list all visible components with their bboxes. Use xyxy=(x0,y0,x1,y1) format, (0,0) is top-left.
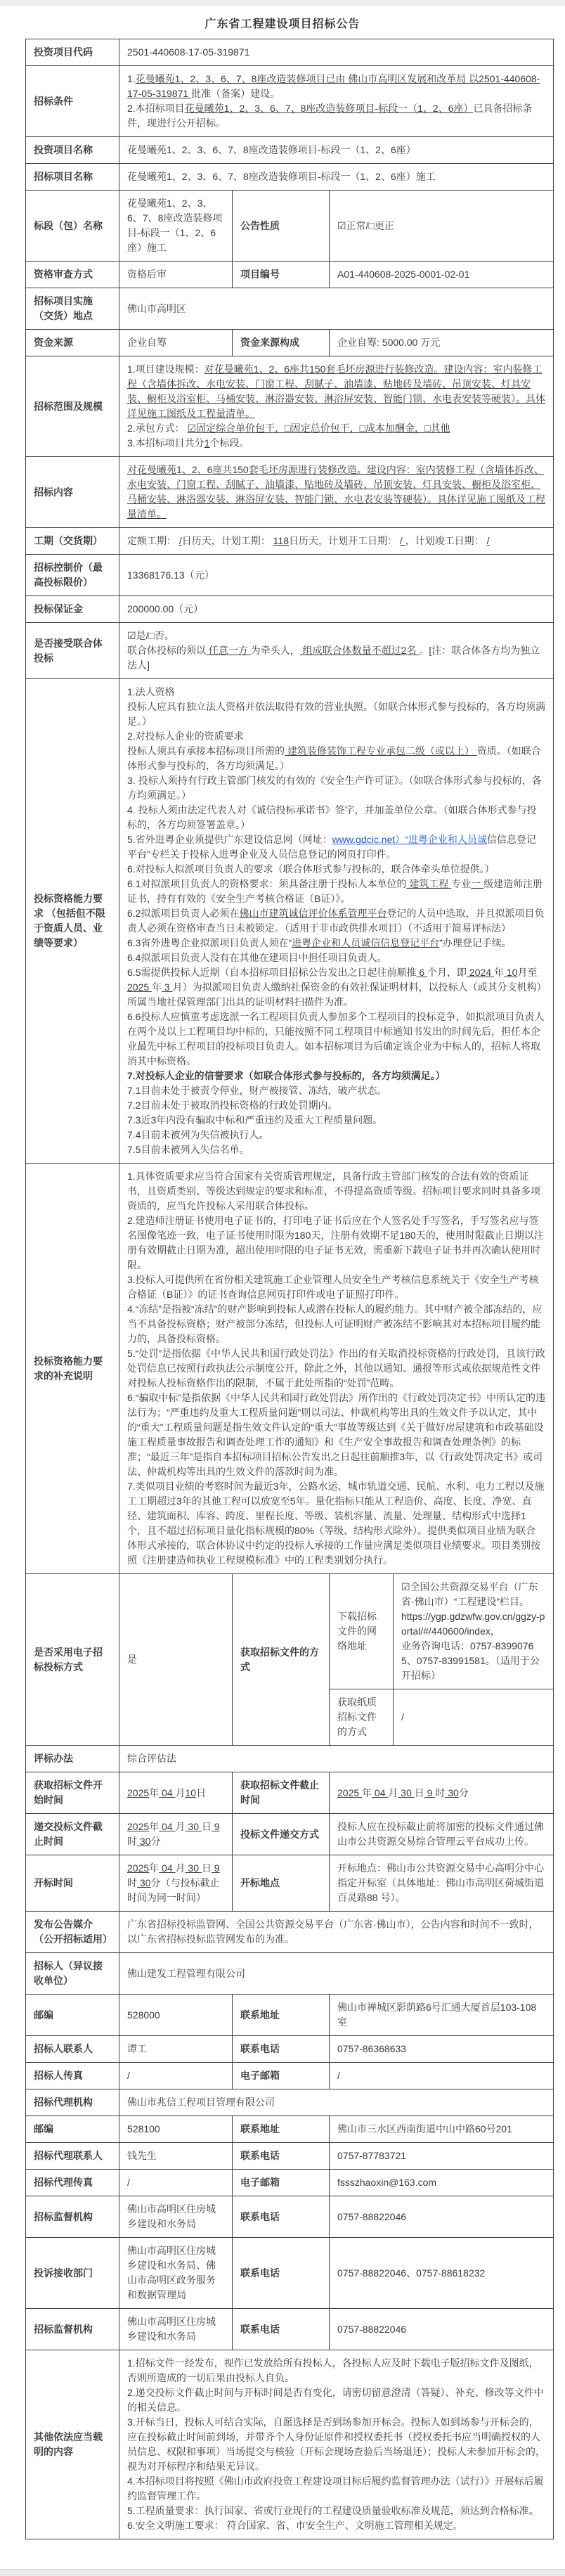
tender-agency-value: 佛山市兆信工程项目管理有限公司 xyxy=(119,2089,554,2116)
agency-postcode-value: 528100 xyxy=(119,2116,233,2143)
text-segment: 2.本招标项目 xyxy=(127,103,185,114)
complaint-department-value: 佛山市高明区住房城乡建设和水务局、佛山市高明区政务服务和数据管理局 xyxy=(119,2238,233,2309)
bidder-qualification-requirements-label: 投标资格能力要求 （包括但不限于资质人员、业绩等要求） xyxy=(26,679,119,1164)
table-row: 其他依法应当载明的内容 1.招标文件一经发布，视作已发放给所有投标人，各投标人应… xyxy=(26,2350,554,2539)
bid-security-value: 200000.00（元） xyxy=(119,596,554,623)
text-segment: 7.对投标人企业的信誉要求（如联合体形式参与投标的，各方均须满足。） xyxy=(127,1070,446,1081)
top-edge-strip xyxy=(0,0,565,6)
text-segment: 5.省外进粤企业须提供广东建设信息网（网址： xyxy=(127,834,332,845)
text-segment: 9 xyxy=(212,1862,220,1874)
tenderer-email-label: 电子邮箱 xyxy=(233,2063,330,2089)
tenderer-postcode-value: 528000 xyxy=(119,1995,233,2036)
joint-venture-accepted-label: 是否接受联合体投标 xyxy=(26,623,119,679)
tenderer-fax-label: 招标人传真 xyxy=(26,2063,119,2089)
paper-document-method-value: / xyxy=(394,1689,554,1746)
text-segment: 3 xyxy=(162,981,173,993)
text-segment: 专业 xyxy=(451,878,471,889)
text-segment: 组成联合体数量不超过2名 xyxy=(300,645,420,656)
announcement-media-value: 广东省招标投标监管网、全国公共资源交易平台（广东省·佛山市），公告内容和时间不一… xyxy=(119,1912,554,1953)
bid-security-label: 投标保证金 xyxy=(26,596,119,623)
text-segment: 2024 xyxy=(467,967,494,978)
text-segment: 1.招标文件一经发布，视作已发放给所有投标人，各投标人应及时下载电子版招标文件及… xyxy=(127,2357,539,2383)
text-segment: ，计划竣工日期： xyxy=(405,535,487,546)
table-row: 招标条件 1.花曼曦苑1、2、3、6、7、8座改造装修项目已由 佛山市高明区发展… xyxy=(26,66,554,137)
qualification-review-method-value: 资格后审 xyxy=(119,262,233,288)
text-segment: ☑是/□否。 xyxy=(127,630,174,641)
table-row: 标段（包）名称 花曼曦苑1、2、3、6、7、8座改造装修项目-标段一（1、2、6… xyxy=(26,191,554,262)
table-row: 投诉接收部门 佛山市高明区住房城乡建设和水务局、佛山市高明区政务服务和数据管理局… xyxy=(26,2238,554,2309)
funding-source-value: 企业自筹 xyxy=(119,330,233,356)
table-row: 获取招标文件开始时间 2025年 04 月10日 获取招标文件截止时间 2025… xyxy=(26,1772,554,1814)
text-segment: 6.2拟派项目负责人必须在 xyxy=(127,908,239,919)
text-segment: 定额工期： xyxy=(127,535,179,546)
other-required-content-value: 1.招标文件一经发布，视作已发放给所有投标人，各投标人应及时下载电子版招标文件及… xyxy=(119,2350,554,2539)
text-segment: 日 xyxy=(196,1787,206,1798)
text-segment: 6.对投标人拟派项目负责人的要求（联合体形式参与投标的，联合体牵头单位提供。） xyxy=(127,863,495,875)
table-row: 是否接受联合体投标 ☑是/□否。联合体投标的须以 任意一方 为牵头人， 组成联合… xyxy=(26,623,554,679)
text-segment: 投标人应具有独立法人资格并依法取得有效的营业执照。（如联合体形式参与投标的，各方… xyxy=(127,701,545,727)
text-segment: 6.“骗取中标”是指依据《中华人民共和国行政处罚法》所作出的《行政处罚决定书》中… xyxy=(127,1392,545,1477)
text-segment: 04 xyxy=(159,1821,175,1832)
agency-email-value: fssszhaoxin@163.com xyxy=(330,2170,554,2196)
text-segment: 04 xyxy=(372,1787,388,1798)
tenderer-phone-label: 联系电话 xyxy=(233,2036,330,2063)
text-segment: 个标段。 xyxy=(209,437,249,449)
text-segment: 建筑装修装饰工程专业承包二级（或以上） xyxy=(285,745,477,756)
text-segment: ”办理登记手续。 xyxy=(439,937,512,948)
doc-obtain-deadline-label: 获取招标文件截止时间 xyxy=(233,1772,330,1814)
text-segment: 1. xyxy=(127,73,136,84)
funding-composition-label: 资金来源构成 xyxy=(233,330,330,356)
text-segment: 花曼曦苑1、2、3、6、7、8座改造装修项目-标段一（1、2、6座） xyxy=(185,103,474,114)
implementation-location-value: 佛山市高明区 xyxy=(119,288,554,330)
text-segment: 3. 投标人须持有行政主管部门核发的有效的《安全生产许可证》。（如联合体形式参与… xyxy=(127,775,542,801)
tender-project-name-label: 招标项目名称 xyxy=(26,164,119,191)
text-segment: ☑全国公共资源交易平台（广东省·佛山市）“工程建设”栏目。 xyxy=(401,1581,538,1607)
qualification-supplementary-notes-value: 1.具体资质要求应当符合国家有关资质管理规定，具备行政主管部门核发的合法有效的资… xyxy=(119,1164,554,1574)
text-segment: 10 xyxy=(186,1787,197,1798)
bottom-whitespace xyxy=(0,2539,565,2569)
bid-opening-time-label: 开标时间 xyxy=(26,1855,119,1912)
agency-phone-label: 联系电话 xyxy=(233,2143,330,2170)
tenderer-postcode-label: 邮编 xyxy=(26,1995,119,2036)
table-row: 招标人（异议接收单位） 佛山建发工程管理有限公司 xyxy=(26,1953,554,1995)
tenderer-email-value: / xyxy=(330,2063,554,2089)
text-segment: 3.投标人可提供所在省份相关建筑施工企业管理人员安全生产考核信息系统关于《安全生… xyxy=(127,1274,539,1300)
tenderer-label: 招标人（异议接收单位） xyxy=(26,1953,119,1995)
tender-content-label: 招标内容 xyxy=(26,457,119,528)
text-segment: 6.3省外进粤企业拟派项目负责人须在“ xyxy=(127,937,292,948)
section-package-name-label: 标段（包）名称 xyxy=(26,191,119,262)
table-row: 招标监督机构 佛山市高明区住房城乡建设和水务局 联系电话 0757-888220… xyxy=(26,2309,554,2350)
table-row: 招标监督机构 佛山市高明区住房城乡建设和水务局 联系电话 0757-888220… xyxy=(26,2196,554,2238)
text-segment: 7.2目前未处于被取消投标资格的行政处罚期内。 xyxy=(127,1100,337,1111)
agency-phone-value: 0757-87783721 xyxy=(330,2143,554,2170)
supervision-phone-value: 0757-88822046 xyxy=(330,2196,554,2238)
text-segment: 月 xyxy=(388,1787,398,1798)
text-segment: 04 xyxy=(159,1787,175,1798)
tender-announcement-table: 投资项目代码 2501-440608-17-05-319871 招标条件 1.花… xyxy=(25,39,554,2539)
text-segment: 30 xyxy=(445,1787,458,1798)
text-segment: 30 xyxy=(137,1877,150,1888)
text-segment: 月至 xyxy=(517,967,537,978)
bidder-qualification-requirements-value: 1.法人资格投标人应具有独立法人资格并依法取得有效的营业执照。（如联合体形式参与… xyxy=(119,679,554,1164)
table-row: 招标代理机构 佛山市兆信工程项目管理有限公司 xyxy=(26,2089,554,2116)
table-row: 招标人传真 / 电子邮箱 / xyxy=(26,2063,554,2089)
text-segment: 2.递交投标文件截止时间与开标时间是否有变化，请密切留意澄清（答疑）、补充、修改… xyxy=(127,2387,544,2413)
joint-venture-accepted-value: ☑是/□否。联合体投标的须以 任意一方 为牵头人， 组成联合体数量不超过2名 。… xyxy=(119,623,554,679)
table-row: 招标项目名称 花曼曦苑1、2、3、6、7、8座改造装修项目-标段一（1、2、6座… xyxy=(26,164,554,191)
agency-fax-label: 招标代理传真 xyxy=(26,2170,119,2196)
supervision-phone-label: 联系电话 xyxy=(233,2196,330,2238)
text-segment: 时 xyxy=(127,1836,137,1847)
text-segment: 建筑工程 xyxy=(406,878,451,889)
text-segment: 7.类似项目业绩的考察时间为最近3年，公路水运、城市轨道交通、民航、水利、电力工… xyxy=(127,1481,544,1566)
text-segment: 2025 xyxy=(127,981,152,993)
electronic-bidding-label: 是否采用电子招标投标方式 xyxy=(26,1574,119,1746)
table-row: 投资项目代码 2501-440608-17-05-319871 xyxy=(26,39,554,66)
text-segment: 7.1目前未处于被责令停业，财产被接管、冻结，破产状态。 xyxy=(127,1085,387,1096)
supervision-authority-2-label: 招标监督机构 xyxy=(26,2309,119,2350)
text-segment: 3.开标当日，投标人可结合实际，自愿选择是否到场参加开标会。投标人如到场参与开标… xyxy=(127,2416,545,2472)
text-segment: 6 xyxy=(416,967,427,978)
text-segment: / xyxy=(487,535,490,546)
tenderer-value: 佛山建发工程管理有限公司 xyxy=(119,1953,554,1995)
text-segment: 30 xyxy=(398,1787,414,1798)
text-segment: 分 xyxy=(150,1836,160,1847)
electronic-bidding-value: 是 xyxy=(119,1574,233,1746)
text-segment: 佛山市建筑诚信评价体系管理平台 xyxy=(239,908,387,919)
text-segment: 为牵头人， xyxy=(251,645,300,656)
table-row: 发布公告媒介（公开招标适用） 广东省招标投标监管网、全国公共资源交易平台（广东省… xyxy=(26,1912,554,1953)
text-segment: 日 xyxy=(415,1787,424,1798)
text-segment: 7.5目前未被列入失信名单。 xyxy=(127,1144,249,1155)
tenderer-fax-value: / xyxy=(119,2063,233,2089)
text-segment: 6.6投标人应慎重考虑选派一名工程项目负责人参加多个工程项目的投标竞争，如拟派项… xyxy=(127,1011,544,1067)
agency-contact-label: 招标代理联系人 xyxy=(26,2143,119,2170)
text-segment: 2025 xyxy=(127,1821,149,1832)
text-segment: 6.4拟派项目负责人没有在其他在建项目中担任项目负责人。 xyxy=(127,952,387,963)
doc-obtain-deadline-value: 2025 年 04 月 30 日 9 时 30分 xyxy=(330,1772,554,1814)
table-row: 开标时间 2025年 04 月 30 日 9 时 30分（与投标截止时间为同一时… xyxy=(26,1855,554,1912)
text-segment: 4. 投标人须由法定代表人对《诚信投标承诺书》签字，并加盖单位公章。（如联合体形… xyxy=(127,804,537,830)
text-segment: 2.对投标人企业的资质要求 xyxy=(127,730,244,742)
text-segment: 7.3近3年内没有骗取中标和严重违约及重大工程质量问题。 xyxy=(127,1114,382,1126)
text-segment: 年 xyxy=(149,1787,159,1798)
text-segment: 1.项目建设规模： xyxy=(127,363,204,375)
section-package-name-value: 花曼曦苑1、2、3、6、7、8座改造装修项目-标段一（1、2、6座）施工 xyxy=(119,191,233,262)
agency-address-label: 联系地址 xyxy=(233,2116,330,2143)
agency-address-value: 佛山市三水区西南街道中山中路60号201 xyxy=(330,2116,554,2143)
text-segment: 个月，即 xyxy=(427,967,467,978)
text-segment: 10 xyxy=(504,967,517,978)
bid-submission-method-value: 投标人应在投标截止前将加密的投标文件通过佛山市公共资源交易综合管理云平台成功上传… xyxy=(330,1814,554,1855)
table-row: 工期（交货期） 定额工期： /日历天，计划工期： 118日历天，计划开工日期： … xyxy=(26,528,554,555)
text-segment: 1.法人资格 xyxy=(127,686,175,697)
tender-scope-scale-label: 招标范围及规模 xyxy=(26,356,119,457)
table-row: 招标内容 对花曼曦苑1、2、6座共150套毛坯房源进行装修改造。建设内容：室内装… xyxy=(26,457,554,528)
supervision-phone-2-value: 0757-88822046 xyxy=(330,2309,554,2350)
announcement-nature-label: 公告性质 xyxy=(233,191,330,262)
investment-project-code-label: 投资项目代码 xyxy=(26,39,119,66)
tender-conditions-value: 1.花曼曦苑1、2、3、6、7、8座改造装修项目已由 佛山市高明区发展和改革局 … xyxy=(119,66,554,137)
text-segment: 年 xyxy=(494,967,504,978)
agency-postcode-label: 邮编 xyxy=(26,2116,119,2143)
text-segment: 04 xyxy=(159,1862,175,1874)
text-segment: 任意一方 xyxy=(206,645,251,656)
agency-contact-value: 钱先生 xyxy=(119,2143,233,2170)
bid-submission-deadline-value: 2025年 04 月 30 日 9 时 30分 xyxy=(119,1814,233,1855)
doc-obtain-start-time-label: 获取招标文件开始时间 xyxy=(26,1772,119,1814)
tender-scope-scale-value: 1.项目建设规模：对花曼曦苑1、2、6座共150套毛坯房源进行装修改造。建设内容… xyxy=(119,356,554,457)
text-segment: 年 xyxy=(152,981,162,993)
supervision-authority-2-value: 佛山市高明区住房城乡建设和水务局 xyxy=(119,2309,233,2350)
text-segment: 7.4目前未被列为失信被执行人。 xyxy=(127,1129,268,1140)
table-row: 招标项目实施（交货）地点 佛山市高明区 xyxy=(26,288,554,330)
evaluation-method-value: 综合评估法 xyxy=(119,1746,554,1772)
funding-composition-value: 企业自筹: 5000.00 万元 xyxy=(330,330,554,356)
text-segment: 4.本招标项目将按照《佛山市政府投资工程建设项目标后履约监督管理办法（试行）》开… xyxy=(127,2475,544,2501)
text-segment: 日历天，计划开工日期： xyxy=(289,535,400,546)
table-row: 招标范围及规模 1.项目建设规模：对花曼曦苑1、2、6座共150套毛坯房源进行装… xyxy=(26,356,554,457)
tenderer-address-label: 联系地址 xyxy=(233,1995,330,2036)
bid-submission-method-label: 投标文件递交方式 xyxy=(233,1814,330,1855)
investment-project-code-value: 2501-440608-17-05-319871 xyxy=(119,39,554,66)
download-url-value: ☑全国公共资源交易平台（广东省·佛山市）“工程建设”栏目。https://ygp… xyxy=(394,1574,554,1689)
text-segment: ☑固定综合单价包干，□固定总价包干，□成本加酬金，□其他 xyxy=(188,423,450,434)
doc-obtain-start-time-value: 2025年 04 月10日 xyxy=(119,1772,233,1814)
bid-opening-location-value: 开标地点：佛山市公共资源交易中心高明分中心指定开标室（具体地址：佛山市高明区荷城… xyxy=(330,1855,554,1912)
text-segment: 1.具体资质要求应当符合国家有关资质管理规定，具备行政主管部门核发的合法有效的资… xyxy=(127,1171,540,1211)
text-segment: 2.承包方式： xyxy=(127,423,188,434)
tender-content-value: 对花曼曦苑1、2、6座共150套毛坯房源进行装修改造。建设内容：室内装修工程（含… xyxy=(119,457,554,528)
text-segment: 批准（备案）建设。 xyxy=(191,88,280,99)
text-segment: 联合体投标的须以 xyxy=(127,645,206,656)
construction-period-value: 定额工期： /日历天，计划工期： 118日历天，计划开工日期： / ，计划竣工日… xyxy=(119,528,554,555)
text-segment: 分 xyxy=(459,1787,469,1798)
text-segment: 6.5需提供投标人近期（自本招标项目招标公告发出之日起往前顺推 xyxy=(127,967,416,978)
funding-source-label: 资金来源 xyxy=(26,330,119,356)
complaint-department-label: 投诉接收部门 xyxy=(26,2238,119,2309)
text-segment: 业务咨询电话：0757-83990765、0757-83991581。（适用于公… xyxy=(401,1640,540,1681)
text-segment: 4.“冻结”是指被“冻结”的财产影响到投标人或潜在投标人的履约能力。其中财产被全… xyxy=(127,1303,542,1344)
text-segment: 年 xyxy=(362,1787,372,1798)
text-segment: 月 xyxy=(176,1787,186,1798)
table-row: 邮编 528100 联系地址 佛山市三水区西南街道中山中路60号201 xyxy=(26,2116,554,2143)
text-segment: 日 xyxy=(202,1821,212,1832)
table-row: 递交投标文件截止时间 2025年 04 月 30 日 9 时 30分 投标文件递… xyxy=(26,1814,554,1855)
tender-project-name-value: 花曼曦苑1、2、3、6、7、8座改造装修项目-标段一（1、2、6座）施工 xyxy=(119,164,554,191)
qualification-review-method-label: 资格审查方式 xyxy=(26,262,119,288)
bid-opening-time-value: 2025年 04 月 30 日 9 时 30分（与投标截止时间为同一时间） xyxy=(119,1855,233,1912)
document-acquisition-method-label: 获取招标文件的方式 xyxy=(233,1574,330,1746)
table-row: 投标资格能力要求的补充说明 1.具体资质要求应当符合国家有关资质管理规定，具备行… xyxy=(26,1164,554,1574)
text-segment: 2025 xyxy=(127,1787,149,1798)
text-segment: 5.“处罚”是指依据《中华人民共和国行政处罚法》作出的有关取消投标资格的行政处罚… xyxy=(127,1348,545,1389)
announcement-media-label: 发布公告媒介（公开招标适用） xyxy=(26,1912,119,1953)
text-segment: 进粤企业和人员诚信信息登记平台 xyxy=(292,937,439,948)
table-row: 招标人联系人 谭工 联系电话 0757-86368633 xyxy=(26,2036,554,2063)
gdcic-net-link[interactable]: www.gdcic.net）“进粤企业和人员诚 xyxy=(332,834,487,845)
bottom-edge-strip xyxy=(0,2569,565,2576)
other-required-content-label: 其他依法应当载明的内容 xyxy=(26,2350,119,2539)
text-segment: 9 xyxy=(424,1787,436,1798)
text-segment: 时 xyxy=(127,1877,137,1888)
text-segment: 30 xyxy=(137,1836,150,1847)
text-segment: 118 xyxy=(273,535,289,546)
text-segment: 9 xyxy=(212,1821,220,1832)
text-segment: 5.工程质量要求：执行国家、省或行业现行的工程建设质量验收标准及规范，须达到合格… xyxy=(127,2505,539,2516)
investment-project-name-label: 投资项目名称 xyxy=(26,137,119,164)
tender-control-price-label: 招标控制价（最高投标限价） xyxy=(26,555,119,596)
text-segment: 2025 xyxy=(127,1862,149,1874)
table-row: 投标资格能力要求 （包括但不限于资质人员、业绩等要求） 1.法人资格投标人应具有… xyxy=(26,679,554,1164)
tender-agency-label: 招标代理机构 xyxy=(26,2089,119,2116)
agency-email-label: 电子邮箱 xyxy=(233,2170,330,2196)
text-segment: https://ygp.gdzwfw.gov.cn/ggzy-portal/#/… xyxy=(401,1611,545,1637)
supervision-authority-label: 招标监督机构 xyxy=(26,2196,119,2238)
table-row: 资金来源 企业自筹 资金来源构成 企业自筹: 5000.00 万元 xyxy=(26,330,554,356)
text-segment: / xyxy=(400,535,405,546)
text-segment: 月 xyxy=(176,1821,186,1832)
table-row: 投资项目名称 花曼曦苑1、2、3、6、7、8座改造装修项目-标段一（1、2、6座… xyxy=(26,137,554,164)
evaluation-method-label: 评标办法 xyxy=(26,1746,119,1772)
table-row: 资格审查方式 资格后审 项目编号 A01-440608-2025-0001-02… xyxy=(26,262,554,288)
table-row: 投标保证金 200000.00（元） xyxy=(26,596,554,623)
text-segment: 时 xyxy=(435,1787,445,1798)
tenderer-phone-value: 0757-86368633 xyxy=(330,2036,554,2063)
table-row: 评标办法 综合评估法 xyxy=(26,1746,554,1772)
text-segment: 6.1对拟派项目负责人的资格要求：须具备注册于投标人本单位的 xyxy=(127,878,406,889)
table-row: 招标控制价（最高投标限价） 13368176.13（元） xyxy=(26,555,554,596)
table-row: 招标代理传真 / 电子邮箱 fssszhaoxin@163.com xyxy=(26,2170,554,2196)
text-segment: 日 xyxy=(202,1862,212,1874)
text-segment: 2025 xyxy=(337,1787,362,1798)
bid-submission-deadline-label: 递交投标文件截止时间 xyxy=(26,1814,119,1855)
tenderer-contact-value: 谭工 xyxy=(119,2036,233,2063)
text-segment: 2.建造师注册证书使用电子证书的，打印电子证书后应在个人签名处手写签名，手写签名… xyxy=(127,1215,544,1270)
text-segment: 30 xyxy=(186,1821,202,1832)
text-segment: 月 xyxy=(176,1862,186,1874)
page-title: 广东省工程建设项目招标公告 xyxy=(0,15,565,31)
qualification-supplementary-notes-label: 投标资格能力要求的补充说明 xyxy=(26,1164,119,1574)
text-segment: 年 xyxy=(149,1862,159,1874)
project-number-value: A01-440608-2025-0001-02-01 xyxy=(330,262,554,288)
bid-opening-location-label: 开标地点 xyxy=(233,1855,330,1912)
implementation-location-label: 招标项目实施（交货）地点 xyxy=(26,288,119,330)
text-segment: 对花曼曦苑1、2、6座共150套毛坯房源进行装修改造。建设内容：室内装修工程（含… xyxy=(127,464,545,520)
complaint-phone-value: 0757-88822046、0757-88618232 xyxy=(330,2238,554,2309)
text-segment: 6.安全文明施工要求： 符合国家、省、市安全生产、文明施工管理相关规定。 xyxy=(127,2520,463,2531)
tenderer-contact-label: 招标人联系人 xyxy=(26,2036,119,2063)
agency-fax-value: / xyxy=(119,2170,233,2196)
text-segment: 日历天，计划工期： xyxy=(182,535,273,546)
construction-period-label: 工期（交货期） xyxy=(26,528,119,555)
text-segment: 3.本招标项目共分 xyxy=(127,437,204,449)
tender-conditions-label: 招标条件 xyxy=(26,66,119,137)
tenderer-address-value: 佛山市禅城区影荫路6号汇通大厦首层103-108室 xyxy=(330,1995,554,2036)
text-segment: 花曼曦苑1、2、3、6、7、8座改造装修项目已由 佛山市高明区发展和改革局 以2… xyxy=(127,73,540,99)
table-row: 邮编 528000 联系地址 佛山市禅城区影荫路6号汇通大厦首层103-108室 xyxy=(26,1995,554,2036)
table-row: 招标代理联系人 钱先生 联系电话 0757-87783721 xyxy=(26,2143,554,2170)
project-number-label: 项目编号 xyxy=(233,262,330,288)
tender-control-price-value: 13368176.13（元） xyxy=(119,555,554,596)
text-segment: 月）为拟派项目负责人缴纳社保资金的有效社保证明材料，以投标人（或其分支机构）所属… xyxy=(127,981,542,1007)
text-segment: 投标人须具有承接本招标项目所需的 xyxy=(127,745,285,756)
complaint-phone-label: 联系电话 xyxy=(233,2238,330,2309)
paper-document-method-label: 获取纸质招标文件的方式 xyxy=(330,1689,394,1746)
table-row: 是否采用电子招标投标方式 是 获取招标文件的方式 下载招标文件的网络地址 ☑全国… xyxy=(26,1574,554,1689)
investment-project-name-value: 花曼曦苑1、2、3、6、7、8座改造装修项目-标段一（1、2、6座） xyxy=(119,137,554,164)
supervision-phone-2-label: 联系电话 xyxy=(233,2309,330,2350)
text-segment: 30 xyxy=(186,1862,202,1874)
text-segment: 一 xyxy=(471,878,483,889)
supervision-authority-value: 佛山市高明区住房城乡建设和水务局 xyxy=(119,2196,233,2238)
download-url-label: 下载招标文件的网络地址 xyxy=(330,1574,394,1689)
text-segment: 年 xyxy=(149,1821,159,1832)
announcement-nature-value: ☑正常/□更正 xyxy=(330,191,554,262)
